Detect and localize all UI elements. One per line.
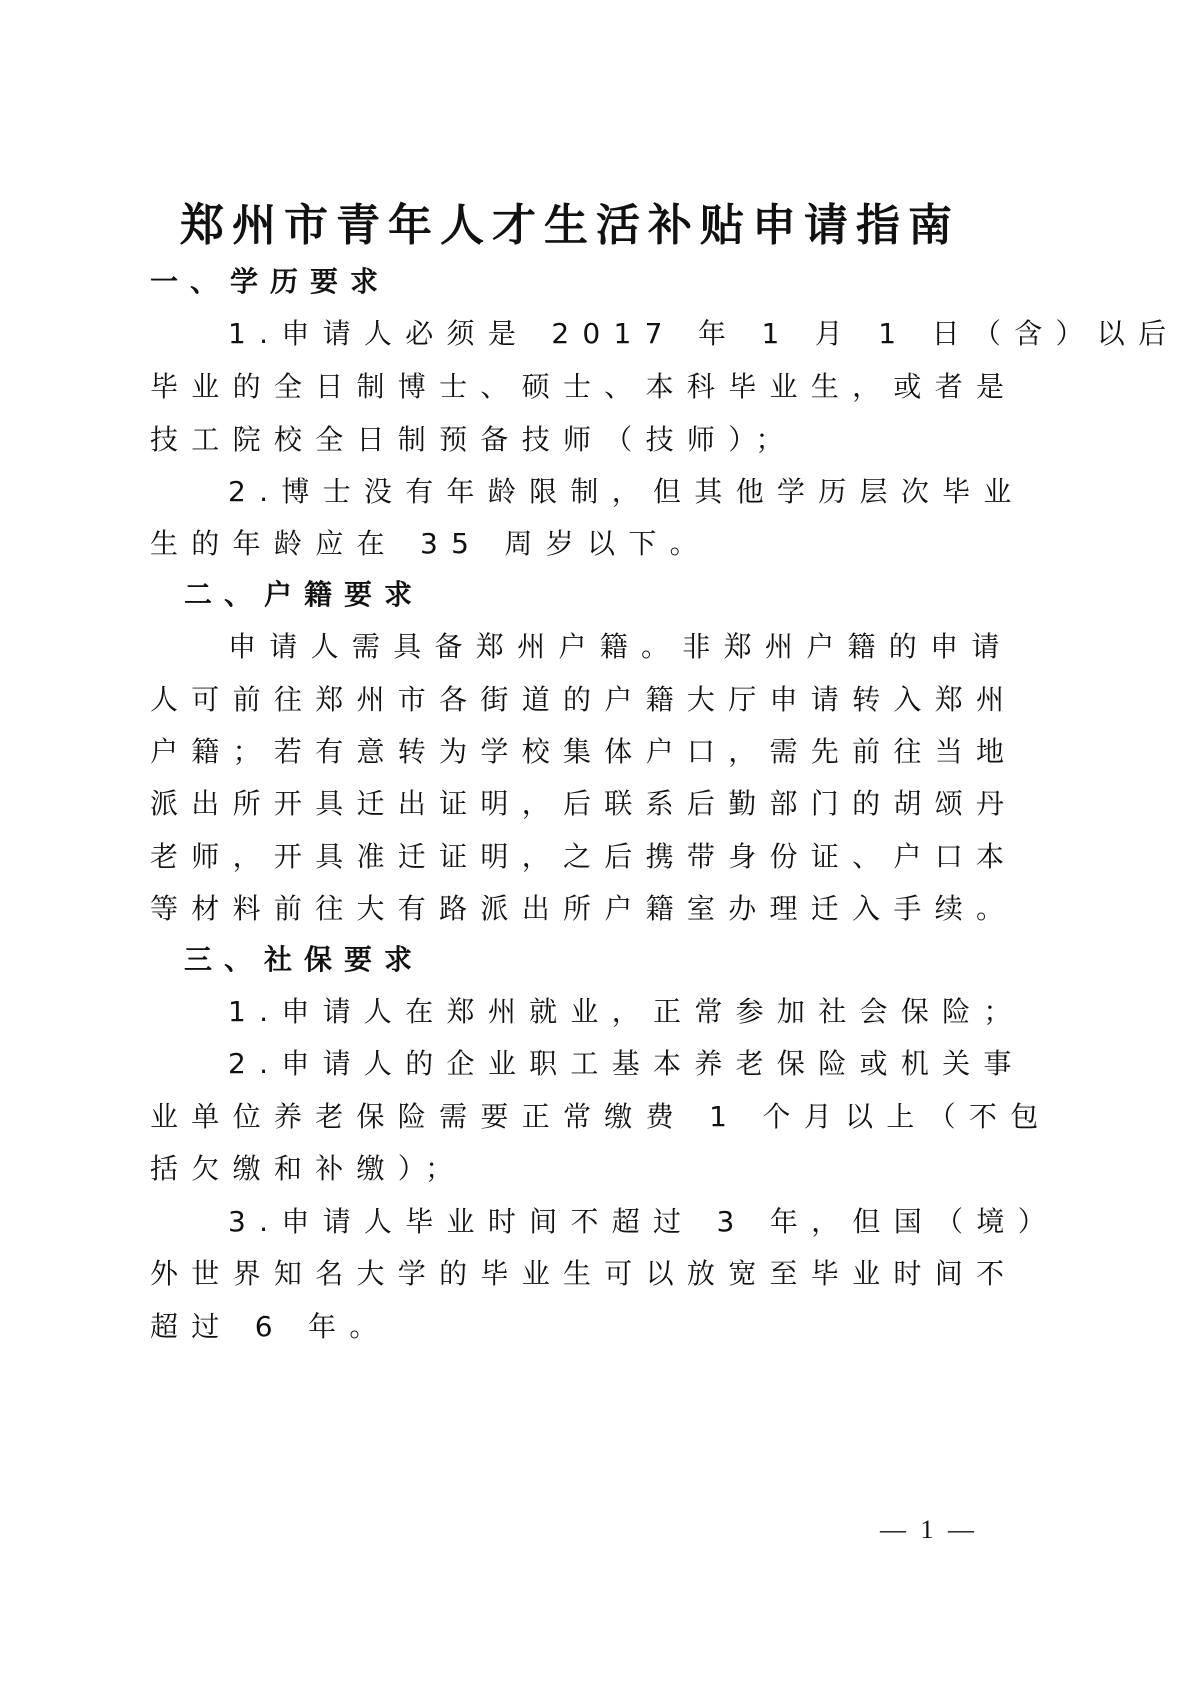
paragraph-line: 括欠缴和补缴）； xyxy=(150,1149,950,1189)
paragraph-line: 老师，开具准迁证明，之后携带身份证、户口本 xyxy=(150,837,950,877)
section-heading-household: 二、户籍要求 xyxy=(184,575,424,615)
paragraph-line: 户籍；若有意转为学校集体户口，需先前往当地 xyxy=(150,732,950,772)
section-heading-education: 一、学历要求 xyxy=(150,262,390,302)
paragraph-line: 毕业的全日制博士、硕士、本科毕业生，或者是 xyxy=(150,367,950,407)
paragraph-line: 1.申请人必须是 2017 年 1 月 1 日（含）以后 xyxy=(228,314,1028,354)
paragraph-line: 业单位养老保险需要正常缴费 1 个月以上（不包 xyxy=(150,1097,950,1137)
paragraph-line: 生的年龄应在 35 周岁以下。 xyxy=(150,524,950,564)
document-title: 郑州市青年人才生活补贴申请指南 xyxy=(180,196,950,256)
section-heading-social-insurance: 三、社保要求 xyxy=(184,940,424,980)
paragraph-line: 1.申请人在郑州就业，正常参加社会保险； xyxy=(228,992,1028,1032)
document-page: 郑州市青年人才生活补贴申请指南 一、学历要求 1.申请人必须是 2017 年 1… xyxy=(0,0,1191,1684)
paragraph-line: 申请人需具备郑州户籍。非郑州户籍的申请 xyxy=(228,627,1028,667)
paragraph-line: 2.博士没有年龄限制，但其他学历层次毕业 xyxy=(228,472,1028,512)
paragraph-line: 3.申请人毕业时间不超过 3 年，但国（境） xyxy=(228,1202,1028,1242)
paragraph-line: 派出所开具迁出证明，后联系后勤部门的胡颂丹 xyxy=(150,784,950,824)
paragraph-line: 人可前往郑州市各街道的户籍大厅申请转入郑州 xyxy=(150,680,950,720)
paragraph-line: 2.申请人的企业职工基本养老保险或机关事 xyxy=(228,1044,1028,1084)
paragraph-line: 等材料前往大有路派出所户籍室办理迁入手续。 xyxy=(150,889,950,929)
paragraph-line: 超过 6 年。 xyxy=(150,1307,950,1347)
page-number: — 1 — xyxy=(880,1515,978,1545)
paragraph-line: 技工院校全日制预备技师（技师）； xyxy=(150,420,950,460)
paragraph-line: 外世界知名大学的毕业生可以放宽至毕业时间不 xyxy=(150,1254,950,1294)
